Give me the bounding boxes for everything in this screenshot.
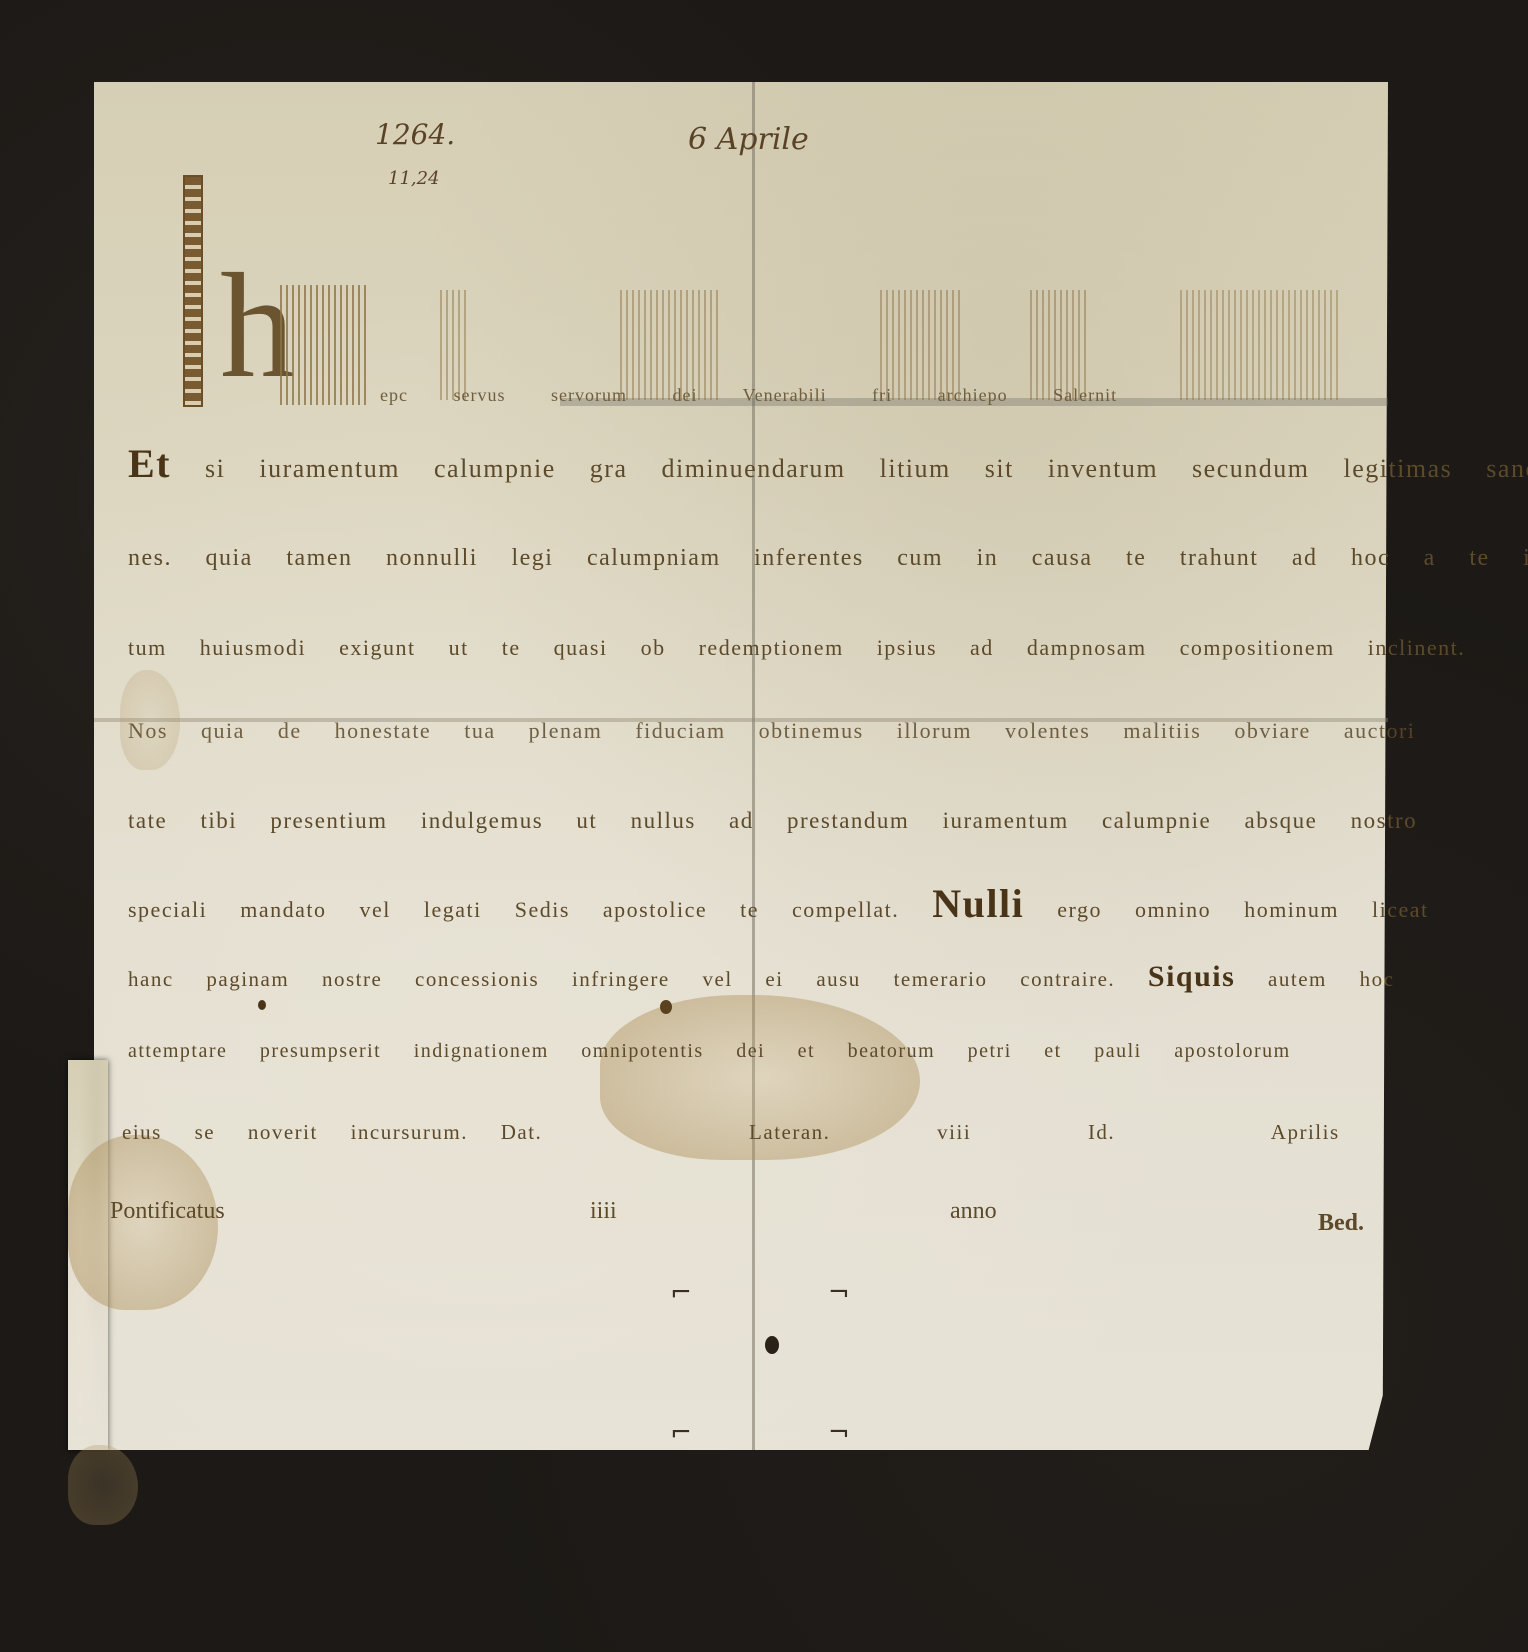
word: legati xyxy=(424,897,482,922)
word: legi xyxy=(511,545,553,571)
word: hoc xyxy=(1351,545,1390,571)
word: hominum xyxy=(1244,897,1339,922)
word: se xyxy=(195,1120,216,1144)
word: iuramentum xyxy=(259,454,400,483)
word: dei xyxy=(736,1040,765,1062)
text-line-6: speciali mandato vel legati Sedis aposto… xyxy=(128,880,1455,927)
word: Nos xyxy=(128,718,168,743)
text-line-8: attemptare presumpserit indignationem om… xyxy=(128,1040,1317,1063)
word: te xyxy=(1469,545,1489,571)
word: hoc xyxy=(1360,967,1395,991)
word: te xyxy=(502,635,521,660)
word: sanctio xyxy=(1486,454,1528,483)
word: infringere xyxy=(572,967,670,991)
word: Id. xyxy=(1088,1120,1115,1144)
word: calumpniam xyxy=(587,545,721,571)
word: presentium xyxy=(270,808,387,833)
text-line-9: eius se noverit incursurum. Dat. Lateran… xyxy=(122,1120,1366,1145)
word: ut xyxy=(576,808,597,833)
word: iuramen xyxy=(1523,545,1528,571)
text-line-1: Et si iuramentum calumpnie gra diminuend… xyxy=(128,440,1528,487)
word: obviare xyxy=(1234,718,1310,743)
word: eius xyxy=(122,1120,162,1144)
seal-slit-4: ¬ xyxy=(828,1418,850,1448)
word: omnino xyxy=(1135,897,1211,922)
word: Salernit xyxy=(1053,385,1117,405)
word: temerario xyxy=(894,967,988,991)
text-line-7: hanc paginam nostre concessionis infring… xyxy=(128,960,1420,994)
archival-number: 1264. xyxy=(375,118,455,151)
water-stain-corner xyxy=(68,1445,138,1525)
word: ad xyxy=(729,808,754,833)
word: nostre xyxy=(322,967,382,991)
word: viii xyxy=(937,1120,971,1144)
word: ad xyxy=(1292,545,1318,571)
word: ei xyxy=(765,967,783,991)
ink-dot xyxy=(258,1000,266,1010)
word: Dat. xyxy=(501,1120,543,1144)
word: inferentes xyxy=(754,545,864,571)
word: fri xyxy=(872,385,892,405)
word: prestandum xyxy=(787,808,909,833)
word: liceat xyxy=(1372,897,1429,922)
word: iuramentum xyxy=(943,808,1069,833)
word: tua xyxy=(464,718,495,743)
word: autem xyxy=(1268,967,1327,991)
text-line-5: tate tibi presentium indulgemus ut nullu… xyxy=(128,808,1443,834)
word: in xyxy=(977,545,999,571)
word: pauli xyxy=(1094,1040,1142,1062)
word-initial: Nulli xyxy=(932,881,1024,926)
word: te xyxy=(740,897,759,922)
word: quia xyxy=(206,545,253,571)
ink-blot xyxy=(660,1000,672,1014)
word: nullus xyxy=(631,808,696,833)
word: calumpnie xyxy=(1102,808,1211,833)
word: compositionem xyxy=(1180,635,1335,660)
text-line-3: tum huiusmodi exigunt ut te quasi ob red… xyxy=(128,635,1491,661)
word: fiduciam xyxy=(635,718,725,743)
word: legitimas xyxy=(1343,454,1452,483)
word: tum xyxy=(128,635,167,660)
word: petri xyxy=(968,1040,1012,1062)
word: inclinent. xyxy=(1368,635,1465,660)
word: volentes xyxy=(1005,718,1090,743)
word: sit xyxy=(985,454,1014,483)
seal-slit-3: ⌐ xyxy=(670,1418,692,1448)
word: cum xyxy=(897,545,943,571)
word: absque xyxy=(1245,808,1318,833)
word: tate xyxy=(128,808,167,833)
word: huiusmodi xyxy=(200,635,306,660)
word: Venerabili xyxy=(743,385,827,405)
word: Lateran. xyxy=(749,1120,830,1144)
word: tibi xyxy=(200,808,237,833)
word: secundum xyxy=(1192,454,1309,483)
word: presumpserit xyxy=(260,1040,381,1062)
word: attemptare xyxy=(128,1040,227,1062)
word: Aprilis xyxy=(1271,1120,1340,1144)
word: speciali xyxy=(128,897,207,922)
word: calumpnie xyxy=(434,454,556,483)
word: te xyxy=(1126,545,1146,571)
word: gra xyxy=(590,454,628,483)
word: nonnulli xyxy=(386,545,478,571)
word: plenam xyxy=(529,718,603,743)
word: ad xyxy=(970,635,994,660)
word: dei xyxy=(672,385,697,405)
vertical-fold xyxy=(752,82,755,1450)
text-line-4: Nos quia de honestate tua plenam fiducia… xyxy=(128,718,1441,744)
word: illorum xyxy=(897,718,972,743)
word: ut xyxy=(449,635,469,660)
word: mandato xyxy=(240,897,326,922)
elongated-strokes-5 xyxy=(1180,290,1340,400)
word: apostolorum xyxy=(1174,1040,1291,1062)
word-initial: Et xyxy=(128,441,171,486)
elongated-strokes-2 xyxy=(620,290,720,400)
word: obtinemus xyxy=(759,718,864,743)
archival-date-note: 6 Aprile xyxy=(688,122,809,157)
word: de xyxy=(278,718,302,743)
word: ergo xyxy=(1057,897,1102,922)
elongated-letters xyxy=(280,285,370,405)
word: vel xyxy=(359,897,390,922)
word: malitiis xyxy=(1123,718,1201,743)
elongated-strokes-4 xyxy=(1030,290,1090,400)
word: nes. xyxy=(128,545,172,571)
elongated-strokes-3 xyxy=(880,290,960,400)
archival-shelfmark: 11,24 xyxy=(388,168,440,189)
word: contraire. xyxy=(1020,967,1115,991)
word: redemptionem xyxy=(699,635,844,660)
word: beatorum xyxy=(848,1040,936,1062)
protocol-line: epc servus servorum dei Venerabili fri a… xyxy=(380,385,1157,406)
word: apostolice xyxy=(603,897,707,922)
word: servorum xyxy=(551,385,627,405)
initial-h xyxy=(183,175,203,407)
word: servus xyxy=(453,385,505,405)
word: hanc xyxy=(128,967,174,991)
word-initial: Siquis xyxy=(1148,960,1235,993)
scribe-mark: Bed. xyxy=(1318,1210,1364,1237)
elongated-strokes-1 xyxy=(440,290,470,400)
word: a xyxy=(1424,545,1436,571)
word: Sedis xyxy=(515,897,570,922)
word: litium xyxy=(880,454,951,483)
word: paginam xyxy=(206,967,289,991)
word: quasi xyxy=(554,635,608,660)
word: inventum xyxy=(1048,454,1158,483)
word: vel xyxy=(703,967,733,991)
word: si xyxy=(205,454,225,483)
pontificatus-label: Pontificatus xyxy=(110,1198,225,1225)
pontificate-year: iiii xyxy=(590,1198,617,1225)
text-line-2: nes. quia tamen nonnulli legi calumpniam… xyxy=(128,545,1528,572)
word: compellat. xyxy=(792,897,899,922)
word: ob xyxy=(641,635,666,660)
word: incursurum. xyxy=(351,1120,468,1144)
word: ausu xyxy=(816,967,861,991)
word: et xyxy=(1044,1040,1061,1062)
seal-hole xyxy=(765,1336,779,1354)
word: et xyxy=(798,1040,815,1062)
anno-label: anno xyxy=(950,1198,997,1225)
word: tamen xyxy=(286,545,352,571)
word: ipsius xyxy=(877,635,937,660)
word: archiepo xyxy=(938,385,1008,405)
word: omnipotentis xyxy=(581,1040,703,1062)
word: quia xyxy=(201,718,245,743)
word: indignationem xyxy=(414,1040,549,1062)
word: exigunt xyxy=(339,635,416,660)
word: dampnosam xyxy=(1027,635,1147,660)
word: epc xyxy=(380,385,408,405)
word: noverit xyxy=(248,1120,318,1144)
seal-slit-2: ¬ xyxy=(828,1278,850,1308)
word: auctori xyxy=(1344,718,1416,743)
word: concessionis xyxy=(415,967,539,991)
word: diminuendarum xyxy=(661,454,845,483)
word: honestate xyxy=(335,718,432,743)
word: trahunt xyxy=(1180,545,1258,571)
seal-slit-1: ⌐ xyxy=(670,1278,692,1308)
word: indulgemus xyxy=(421,808,543,833)
word: causa xyxy=(1032,545,1093,571)
word: nostro xyxy=(1351,808,1418,833)
